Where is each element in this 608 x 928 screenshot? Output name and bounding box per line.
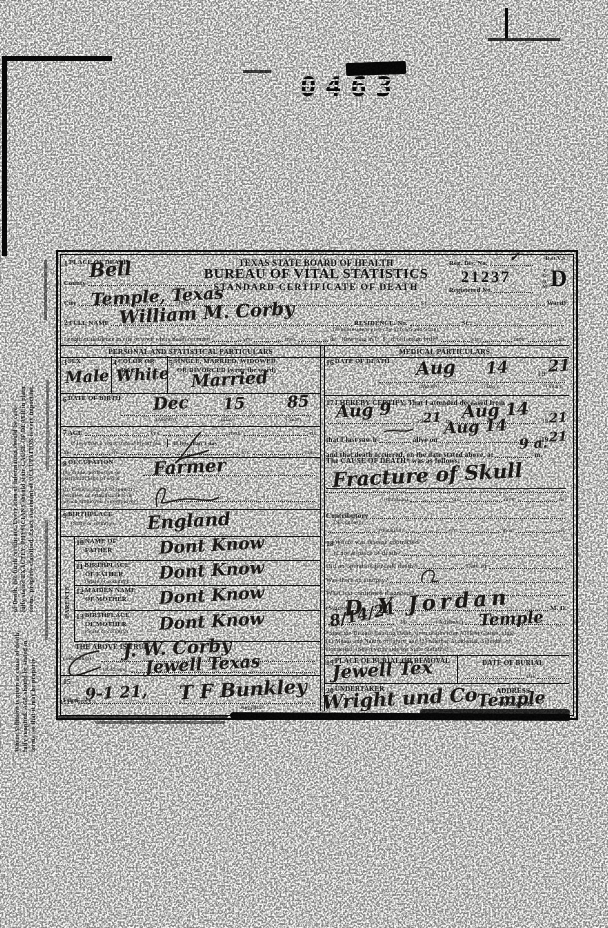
row-age: 7AGE yrs. mos.ds. If less than 2 years s… (61, 426, 320, 458)
handwritten-death-hour: 9 a. (519, 436, 548, 451)
row-operation: Did an operation precede death? Date of (326, 563, 567, 570)
frame-number-stamp: 0463 (299, 72, 402, 103)
handwritten-birthplace: England (147, 511, 231, 533)
print-code-right: 470-219-3605 (498, 702, 532, 708)
row-occupation: 8OCCUPATION (a) Trade, profession orpart… (61, 457, 320, 510)
handwritten-attended-from: Aug 9 (336, 402, 392, 422)
violent-causes-footnote: *State the Disease Causing Death, or in … (326, 630, 567, 654)
day-sublabel: (Day) (221, 417, 235, 423)
row-sex-race-marital: 3SEX 4COLOR ORRACE 5SINGLE, MARRIED, WID… (61, 356, 320, 394)
ink-scribble (384, 427, 414, 435)
handwritten-death-day: 14 (486, 359, 509, 376)
certificate-number: 21237 (461, 269, 511, 287)
row-birthplace: 9BIRTHPLACE(State or country) England (61, 509, 320, 537)
month-sublabel: (Month) (156, 417, 176, 423)
death-certificate: 1PLACE OF DEATH TEXAS STATE BOARD OF HEA… (56, 250, 578, 720)
handwritten-sex: Male (65, 368, 110, 386)
handwritten-informant-address: Jewell Texas (145, 654, 261, 677)
scan-edge-mark (243, 70, 271, 73)
scan-corner-mark (2, 56, 7, 256)
row-date-of-birth: 6DATE OF BIRTH (Month) (Day) (Year) Dec … (61, 393, 320, 427)
ink-blob (346, 61, 406, 76)
handwritten-filed-date: 9-1 21, (85, 683, 148, 702)
handwritten-birth-year: 85 (287, 393, 310, 410)
row-burial: 19PLACE OF BURIAL OR REMOVAL Jewell Tex … (324, 655, 569, 684)
registered-no-line: Registered No. (449, 287, 535, 294)
scan-streak (45, 520, 48, 640)
handwritten-checkmark: ✓ (509, 251, 521, 265)
handwritten-to-year: 21 (548, 412, 567, 426)
form-label: FORM (543, 268, 547, 290)
scan-streak (44, 260, 47, 320)
nonresident-note: (If nonresident give city or town and St… (333, 327, 438, 333)
date-of-burial-label: DATE OF BURIAL (457, 659, 569, 667)
day-sublabel: (Day) (484, 384, 498, 390)
handwritten-from-year: 21 (423, 412, 442, 426)
residence-length-line: Length of residence in city or town wher… (64, 337, 566, 343)
ink-flourish (63, 647, 103, 677)
bureau-title: BUREAU OF VITAL STATISTICS (171, 267, 461, 283)
secondary-label: (Secondary) (334, 520, 567, 526)
handwritten-last-saw: Aug 14 (444, 417, 508, 436)
margin-instructions-2: Where Stillborn is given as cause of dea… (14, 552, 38, 752)
handwritten-occupation: Farmer (153, 457, 227, 479)
scan-streak (46, 380, 49, 470)
handwritten-county: Bell (89, 260, 133, 281)
scan-smudge (58, 715, 228, 718)
row-mother-name: 12MAIDEN NAMEOF MOTHER Dont Know (74, 585, 320, 611)
bovs-label: B.O.V.S. (546, 256, 567, 262)
row-informant: THE ABOVE IS TRUE (Informant) J. W. Corb… (61, 641, 320, 676)
informant-address-label: (Address) (103, 667, 127, 673)
handwritten-birth-day: 15 (223, 395, 246, 412)
scan-edge-mark (505, 8, 508, 38)
certificate-body: 1PLACE OF DEATH TEXAS STATE BOARD OF HEA… (61, 255, 569, 711)
handwritten-burial-place: Jewell Tex (332, 659, 433, 682)
parents-vertical-label: PARENTS (64, 586, 72, 618)
form-letter: D (550, 266, 567, 292)
handwritten-saw-year: 21 (548, 431, 567, 445)
row-contributory: Contributory (Secondary) (duration) yrs.… (324, 509, 569, 537)
scan-smudge (95, 721, 225, 724)
row-filed: 15 Filed 9-1 21, T F Bunkley Registrar (61, 675, 320, 711)
registrar-label: Registrar (241, 705, 263, 711)
year-sublabel: (Year) (286, 417, 301, 423)
row-father-birthplace: 11BIRTHPLACEOF FATHER(State or country) … (74, 560, 320, 586)
scan-smudge (420, 709, 570, 715)
year-sublabel: (Year) (546, 384, 561, 390)
print-code-left: 1110-6655 (60, 700, 92, 706)
scan-edge-mark (488, 38, 560, 41)
row-father-name: 10NAME OFFATHER Dont Know (74, 536, 320, 561)
handwritten-race: White (116, 366, 170, 385)
row-autopsy: Was there an autopsy? (326, 577, 567, 584)
handwritten-physician-address: Temple (479, 609, 544, 628)
reg-dis-line: Reg. Dis. No. (449, 260, 535, 267)
row-disease-contracted: 18Where was disease contracted if not at… (324, 537, 569, 561)
row-date-of-death: 16DATE OF DEATH (Month) (Day) (Year) Aug… (324, 356, 569, 396)
handwritten-death-year: 21 (548, 357, 571, 374)
ink-flourish (151, 479, 221, 509)
handwritten-birth-month: Dec (153, 395, 190, 414)
handwritten-registrar-signature: T F Bunkley (179, 678, 308, 704)
month-sublabel: (Month) (419, 384, 439, 390)
handwritten-death-month: Aug (416, 359, 457, 379)
handwritten-mother-name: Dont Know (159, 585, 265, 607)
handwritten-father-name: Dont Know (159, 535, 265, 557)
printed-19: 19 (538, 370, 545, 378)
row-certify: 17I HEREBY CERTIFY, That I attended dece… (324, 395, 569, 455)
parents-block: PARENTS 10NAME OFFATHER Dont Know 11BIRT… (61, 536, 320, 641)
ink-flourish (418, 567, 440, 583)
scan-corner-mark (2, 56, 112, 61)
handwritten-marital: Married (191, 370, 269, 391)
row-cause-of-death: The CAUSE OF DEATH* was as follows: Frac… (324, 455, 569, 509)
